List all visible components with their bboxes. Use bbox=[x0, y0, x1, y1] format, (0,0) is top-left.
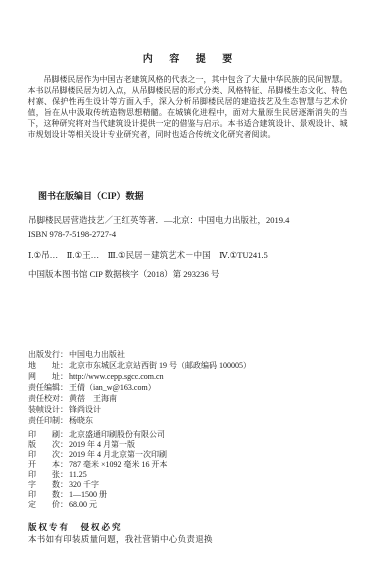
print-row: 印 数： 1—1500 册 bbox=[28, 490, 355, 500]
cip-isbn: ISBN 978-7-5198-2727-4 bbox=[28, 229, 349, 239]
row-label: 出版发行： bbox=[28, 349, 68, 360]
publisher-row: 出版发行： 中国电力出版社 bbox=[28, 349, 355, 360]
print-row: 印 刷： 北京盛通印刷股份有限公司 bbox=[28, 430, 355, 440]
row-value: 杨晓东 bbox=[69, 415, 93, 426]
row-label: 开 本： bbox=[28, 460, 68, 470]
row-label: 责任印制： bbox=[28, 415, 68, 426]
row-value: 320 千字 bbox=[69, 480, 99, 490]
cip-section: 图书在版编目（CIP）数据 吊脚楼民居营造技艺／王红英等著．—北京：中国电力出版… bbox=[28, 189, 349, 280]
row-label: 印 次： bbox=[28, 450, 68, 460]
row-value: 黄蓓 王海南 bbox=[69, 393, 117, 404]
print-row: 印 次： 2019 年 4 月北京第一次印刷 bbox=[28, 450, 355, 460]
row-value: 锋尚设计 bbox=[69, 404, 101, 415]
copyright-notice: 版权专有 侵权必究 bbox=[28, 521, 375, 533]
row-label: 印 张： bbox=[28, 470, 68, 480]
row-value: 1—1500 册 bbox=[69, 490, 107, 500]
row-label: 印 刷： bbox=[28, 430, 68, 440]
publisher-info-block: 出版发行： 中国电力出版社 地 址： 北京市东城区北京站西街 19 号（邮政编码… bbox=[28, 349, 355, 426]
cip-classification: Ⅰ.①吊… Ⅱ.①王… Ⅲ.①民居－建筑艺术－中国 Ⅳ.①TU241.5 bbox=[28, 249, 349, 261]
print-row: 印 张： 11.25 bbox=[28, 470, 355, 480]
copyright-returns-statement: 本书如有印装质量问题，我社营销中心负责退换 bbox=[28, 533, 375, 545]
row-label: 定 价： bbox=[28, 500, 68, 510]
row-value: http://www.cepp.sgcc.com.cn bbox=[69, 371, 164, 382]
cip-record-number: 中国版本图书馆 CIP 数据核字（2018）第 293236 号 bbox=[28, 268, 349, 280]
row-value: 11.25 bbox=[69, 470, 87, 480]
publisher-row: 责任校对： 黄蓓 王海南 bbox=[28, 393, 355, 404]
row-value: 2019 年 4 月第一版 bbox=[69, 440, 135, 450]
print-row: 开 本： 787 毫米 ×1092 毫米 16 开本 bbox=[28, 460, 355, 470]
row-value: 2019 年 4 月北京第一次印刷 bbox=[69, 450, 167, 460]
row-value: 北京盛通印刷股份有限公司 bbox=[69, 430, 165, 440]
print-row: 定 价： 68.00 元 bbox=[28, 500, 355, 510]
row-value: 王倩（ian_w@163.com） bbox=[69, 382, 156, 393]
row-value: 68.00 元 bbox=[69, 500, 97, 510]
content-summary-title: 内 容 提 要 bbox=[0, 50, 375, 65]
row-value: 北京市东城区北京站西街 19 号（邮政编码 100005） bbox=[69, 360, 251, 371]
book-copyright-page: 内 容 提 要 吊脚楼民居作为中国古老建筑风格的代表之一，其中包含了大量中华民族… bbox=[0, 0, 375, 585]
row-label: 网 址： bbox=[28, 371, 68, 382]
cip-header: 图书在版编目（CIP）数据 bbox=[38, 189, 349, 202]
publisher-row: 网 址： http://www.cepp.sgcc.com.cn bbox=[28, 371, 355, 382]
row-value: 787 毫米 ×1092 毫米 16 开本 bbox=[69, 460, 168, 470]
row-label: 责任编辑： bbox=[28, 382, 68, 393]
content-summary-paragraph: 吊脚楼民居作为中国古老建筑风格的代表之一，其中包含了大量中华民族的民间智慧。本书… bbox=[28, 74, 348, 140]
print-row: 字 数： 320 千字 bbox=[28, 480, 355, 490]
row-label: 责任校对： bbox=[28, 393, 68, 404]
publisher-row: 责任印制： 杨晓东 bbox=[28, 415, 355, 426]
print-info-block: 印 刷： 北京盛通印刷股份有限公司 版 次： 2019 年 4 月第一版 印 次… bbox=[28, 430, 355, 510]
cip-title-line: 吊脚楼民居营造技艺／王红英等著．—北京：中国电力出版社，2019.4 bbox=[28, 214, 349, 226]
publisher-row: 责任编辑： 王倩（ian_w@163.com） bbox=[28, 382, 355, 393]
row-label: 版 次： bbox=[28, 440, 68, 450]
copyright-block: 版权专有 侵权必究 本书如有印装质量问题，我社营销中心负责退换 bbox=[28, 521, 375, 545]
publisher-row: 地 址： 北京市东城区北京站西街 19 号（邮政编码 100005） bbox=[28, 360, 355, 371]
publisher-row: 装帧设计： 锋尚设计 bbox=[28, 404, 355, 415]
print-row: 版 次： 2019 年 4 月第一版 bbox=[28, 440, 355, 450]
row-label: 印 数： bbox=[28, 490, 68, 500]
row-value: 中国电力出版社 bbox=[69, 349, 125, 360]
row-label: 字 数： bbox=[28, 480, 68, 490]
row-label: 地 址： bbox=[28, 360, 68, 371]
row-label: 装帧设计： bbox=[28, 404, 68, 415]
